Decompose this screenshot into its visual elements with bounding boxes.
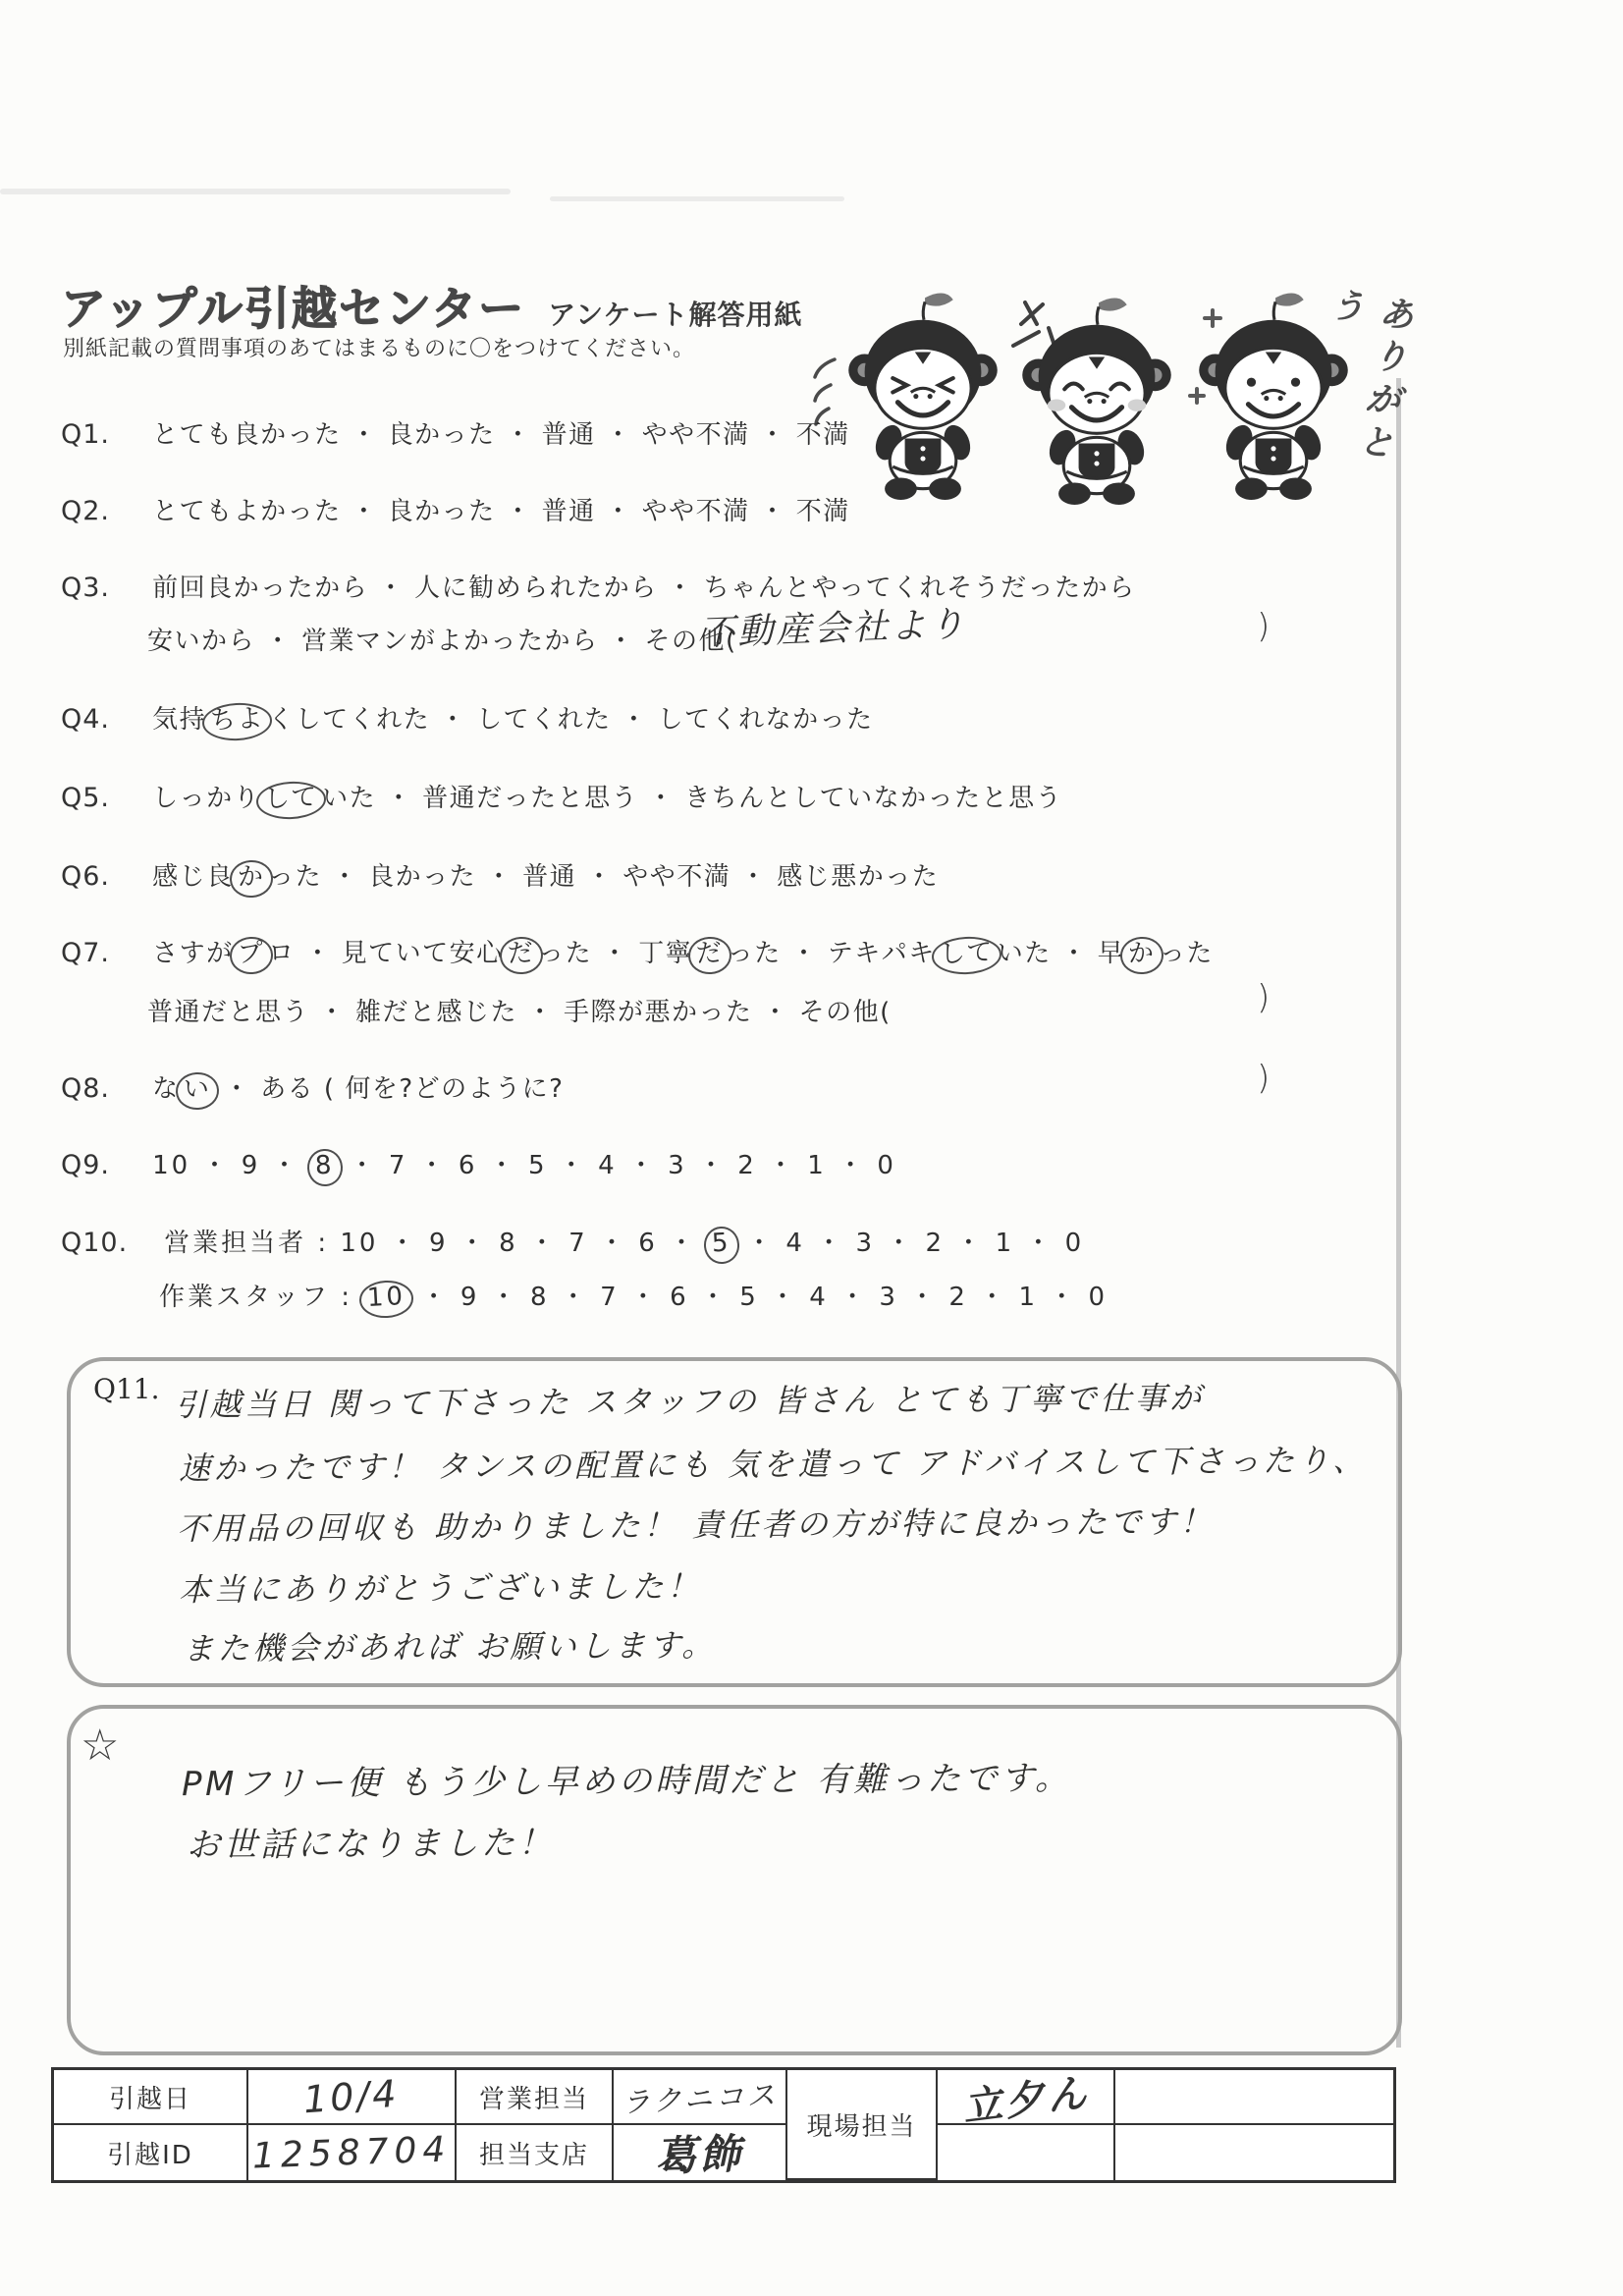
q11-handwritten-line: 速かったです！ タンスの配置にも 気を遣って アドバイスして下さったり、	[179, 1436, 1368, 1489]
q5-circled-answer: して	[255, 780, 327, 820]
sales-rep-label: 営業担当	[457, 2070, 614, 2125]
q10-staff-circled-score: 10	[358, 1280, 414, 1319]
q3-label: Q3.	[61, 573, 147, 603]
q1-label: Q1.	[61, 419, 147, 450]
q8-circled-answer: い	[175, 1071, 219, 1111]
q9-circled-score: 8	[306, 1148, 343, 1186]
q10-label: Q10.	[61, 1228, 159, 1258]
q6-label: Q6.	[61, 861, 147, 892]
q2-options: とてもよかった ・ 良かった ・ 普通 ・ やや不満 ・ 不満	[152, 497, 850, 526]
q4-label: Q4.	[61, 704, 147, 735]
site-manager-signature: 立夕ん	[938, 2070, 1115, 2125]
q9-scale: 10 ・ 9 ・ 8 ・ 7 ・ 6 ・ 5 ・ 4 ・ 3 ・ 2 ・ 1 ・…	[152, 1151, 896, 1180]
footer-info-table: 引越日 10/4 営業担当 ラクニコス 現場担当 立夕ん 引越ID 125870…	[51, 2067, 1396, 2183]
q9-label: Q9.	[61, 1150, 147, 1180]
q7-circled-teinei: だ	[687, 936, 731, 975]
q3-options-line1: 前回良かったから ・ 人に勧められたから ・ ちゃんとやってくれそうだったから	[152, 574, 1136, 603]
q3-options-line2: 安いから ・ 営業マンがよかったから ・ その他(	[147, 627, 737, 656]
q10-staff-scale: 作業スタッフ : 10 ・ 9 ・ 8 ・ 7 ・ 6 ・ 5 ・ 4 ・ 3 …	[159, 1283, 1108, 1312]
q10-sales-circled-score: 5	[703, 1226, 739, 1264]
q11-handwritten-line: また機会があれば お願いします。	[183, 1620, 717, 1669]
move-id-value: 1258704	[248, 2125, 457, 2180]
move-date-value: 10/4	[248, 2070, 457, 2125]
q8-label: Q8.	[61, 1073, 147, 1104]
q3-handwritten-answer: 不動産会社より	[698, 596, 968, 655]
q5-options: しっかりしていた ・ 普通だったと思う ・ きちんとしていなかったと思う	[152, 784, 1062, 813]
q11-handwritten-line: 本当にありがとうございました！	[179, 1561, 702, 1611]
q2-label: Q2.	[61, 496, 147, 526]
q3-close-paren: )	[1257, 607, 1270, 646]
move-id-label: 引越ID	[54, 2125, 248, 2180]
q7-options-line2: 普通だと思う ・ 雑だと感じた ・ 手際が悪かった ・ その他(	[147, 998, 892, 1027]
empty-cell	[938, 2125, 1115, 2180]
branch-label: 担当支店	[457, 2125, 614, 2180]
q5-label: Q5.	[61, 783, 147, 813]
instruction-text: 別紙記載の質問事項のあてはまるものに〇をつけてください。	[63, 332, 695, 362]
q7-circled-pro: プ	[229, 936, 273, 975]
move-date-label: 引越日	[54, 2070, 248, 2125]
q4-circled-answer: ちよ	[201, 701, 273, 741]
survey-scan-page: アップル引越センター アンケート解答用紙 別紙記載の質問事項のあてはまるものに〇…	[0, 0, 1623, 2296]
q8-close-paren: )	[1257, 1059, 1270, 1098]
q7-close-paren: )	[1257, 978, 1270, 1017]
q7-label: Q7.	[61, 938, 147, 968]
q11-handwritten-line: 不用品の回収も 助かりました！ 責任者の方が特に良かったです！	[177, 1497, 1215, 1549]
q7-circled-tekipaki: して	[931, 935, 1002, 975]
mascot-monkey-2	[1013, 295, 1180, 506]
scan-smudge	[550, 196, 844, 201]
q1-options: とても良かった ・ 良かった ・ 普通 ・ やや不満 ・ 不満	[152, 420, 850, 450]
star-icon: ☆	[81, 1721, 119, 1771]
form-title: アンケート解答用紙	[548, 299, 802, 331]
sales-rep-value: ラクニコス	[614, 2070, 787, 2125]
q7-circled-hayakatta: か	[1119, 936, 1163, 975]
empty-cell	[1115, 2125, 1393, 2180]
q11-handwritten-line: 引越当日 関って下さった スタッフの 皆さん とても丁寧で仕事が	[175, 1373, 1205, 1425]
q10-sales-scale: 営業担当者 : 10 ・ 9 ・ 8 ・ 7 ・ 6 ・ 5 ・ 4 ・ 3 ・…	[164, 1229, 1084, 1258]
branch-value: 葛飾	[614, 2125, 787, 2180]
brand-logo: アップル引越センター	[61, 282, 525, 335]
star-note-handwritten-line: PMフリー便 もう少し早めの時間だと 有難ったです。	[182, 1751, 1072, 1805]
star-note-handwritten-line: お世話になりました！	[187, 1816, 555, 1867]
site-manager-label: 現場担当	[787, 2070, 938, 2180]
q7-circled-anshin: だ	[499, 936, 543, 975]
q6-circled-answer: か	[229, 859, 273, 899]
q6-options: 感じ良かった ・ 良かった ・ 普通 ・ やや不満 ・ 感じ悪かった	[152, 862, 939, 892]
q8-options: ない ・ ある ( 何を?どのように?	[152, 1074, 564, 1104]
q7-options-line1: さすがプロ ・ 見ていて安心だった ・ 丁寧だった ・ テキパキしていた ・ 早…	[152, 939, 1214, 968]
q4-options: 気持ちよくしてくれた ・ してくれた ・ してくれなかった	[152, 705, 874, 735]
q11-label: Q11.	[93, 1373, 159, 1405]
scan-smudge	[0, 189, 511, 194]
empty-cell	[1115, 2070, 1393, 2125]
mascot-monkey-1	[839, 290, 1006, 501]
